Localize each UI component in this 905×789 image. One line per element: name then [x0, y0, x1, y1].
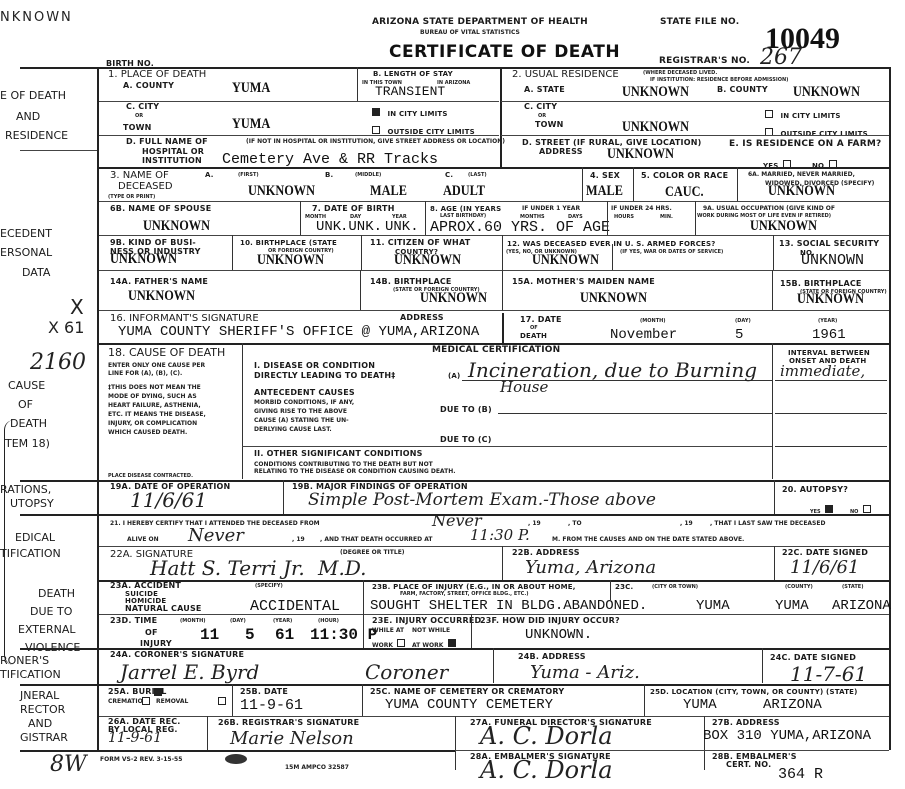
cause-note-2: MODE OF DYING, SUCH AS	[108, 394, 197, 400]
cause-b-line	[498, 413, 772, 414]
divider	[502, 235, 503, 270]
injury-day-label: (DAY)	[230, 618, 246, 624]
informant-address-label: ADDRESS	[400, 314, 444, 322]
injury-occurred-label: 23E. INJURY OCCURRED	[372, 617, 481, 625]
divider	[99, 135, 499, 136]
divider	[357, 67, 358, 101]
due-b-label: DUE TO (B)	[440, 406, 492, 414]
at-work-checkbox[interactable]	[397, 639, 405, 647]
min-label: MIN.	[660, 214, 673, 220]
divider	[99, 235, 889, 236]
dob-month-value: UNK	[316, 219, 341, 235]
cert-line2-c: , AND THAT DEATH OCCURRED AT	[320, 537, 433, 543]
removal-label: REMOVAL	[156, 699, 188, 705]
cause-note-4: ETC. IT MEANS THE DISEASE,	[108, 412, 206, 418]
race-value: CAUC.	[665, 184, 704, 201]
embalmer-signature[interactable]: A. C. Dorla	[480, 756, 613, 784]
injury-loc-county-label: (COUNTY)	[785, 584, 813, 590]
cert-address-label: 22B. ADDRESS	[512, 549, 580, 557]
under24-label: IF UNDER 24 HRS.	[611, 206, 672, 212]
cert-line1-b: , 19	[528, 521, 541, 527]
divider	[362, 684, 363, 716]
cert-line2-a: ALIVE ON	[127, 537, 159, 543]
antecedent-2: GIVING RISE TO THE ABOVE	[254, 409, 347, 415]
part2-label: II. OTHER SIGNIFICANT CONDITIONS	[254, 450, 423, 458]
place-of-death-label: 1. PLACE OF DEATH	[108, 69, 206, 80]
mother-value: UNKNOWN	[580, 290, 647, 307]
spouse-label: 6B. NAME OF SPOUSE	[110, 205, 211, 213]
divider	[363, 614, 364, 648]
sex-label: 4. SEX	[590, 172, 620, 180]
margin-section-decedent-2: ERSONAL	[0, 247, 52, 258]
hospital-value: Cemetery Ave & RR Tracks	[222, 151, 438, 168]
race-label: 5. COLOR OR RACE	[641, 172, 728, 180]
interval-label-1: INTERVAL BETWEEN	[788, 349, 870, 357]
page-title: CERTIFICATE OF DEATH	[389, 42, 620, 62]
father-value: UNKNOWN	[128, 288, 195, 305]
dod-day-label: (DAY)	[735, 318, 751, 324]
date-signed-value[interactable]: 11/6/61	[790, 557, 859, 578]
place-contracted-label: PLACE DISEASE CONTRACTED.	[108, 473, 193, 479]
dod-label-3: DEATH	[520, 332, 547, 340]
specify-label: (SPECIFY)	[255, 583, 283, 589]
director-address: BOX 310 YUMA,ARIZONA	[703, 728, 871, 744]
divider	[361, 235, 362, 270]
cert-line1-d: , 19	[680, 521, 693, 527]
divider	[242, 446, 772, 447]
cause-a-line2-value[interactable]: House	[500, 378, 548, 396]
cause-note-1: ‡THIS DOES NOT MEAN THE	[108, 385, 201, 391]
margin-note-unknown: NKNOWN	[0, 10, 73, 25]
divider	[425, 201, 426, 235]
divider	[772, 343, 773, 479]
divider	[737, 167, 738, 201]
town-label: TOWN	[123, 124, 152, 132]
injury-how-label: 23F. HOW DID INJURY OCCUR?	[480, 617, 620, 625]
margin-section-cause-2: OF	[18, 399, 33, 410]
divider	[99, 201, 889, 202]
injury-type-label-1: 23A. ACCIDENT	[110, 582, 181, 590]
divider	[99, 580, 889, 582]
divider	[762, 648, 763, 683]
res-street-value: UNKNOWN	[607, 146, 674, 163]
divider	[610, 580, 611, 600]
divider	[242, 343, 243, 479]
birthplace-label-1: 10. BIRTHPLACE (STATE	[240, 239, 337, 247]
dob-label: 7. DATE OF BIRTH	[312, 205, 395, 213]
divider	[607, 201, 608, 235]
injury-type-value: ACCIDENTAL	[250, 598, 340, 615]
injury-year-value: 61	[275, 626, 294, 644]
not-at-work-checkbox[interactable]	[448, 639, 456, 647]
margin-mark-x61: X 61	[48, 318, 84, 337]
injury-loc-state: ARIZONA	[832, 598, 891, 614]
department-title: ARIZONA STATE DEPARTMENT OF HEALTH	[372, 18, 588, 26]
registrar-signature[interactable]: Marie Nelson	[230, 728, 354, 749]
antecedent-1: MORBID CONDITIONS, IF ANY,	[254, 400, 354, 406]
cemetery-value: YUMA COUNTY CEMETERY	[385, 697, 553, 713]
divider	[500, 67, 502, 167]
cause-note-5: INJURY, OR COMPLICATION	[108, 421, 197, 427]
mother-label: 15A. MOTHER'S MAIDEN NAME	[512, 278, 655, 286]
margin-code-2160: 2160	[30, 350, 86, 375]
divider	[471, 614, 472, 648]
marital-value: UNKNOWN	[768, 183, 835, 200]
divider	[99, 101, 499, 102]
injury-time-label-1: 23D. TIME	[110, 617, 157, 625]
injury-place-label-2: FARM, FACTORY, STREET, OFFICE BLDG., ETC…	[400, 591, 529, 597]
stay-label: B. LENGTH OF STAY	[373, 70, 453, 78]
dod-year-value: 1961	[812, 327, 846, 343]
margin-section-place-2: AND	[16, 111, 40, 122]
cert-signature[interactable]: Hatt S. Terri Jr.	[150, 556, 305, 580]
cause-instr-2: LINE FOR (A), (B), (C).	[108, 371, 182, 377]
divider	[772, 270, 773, 310]
res-city-value: UNKNOWN	[622, 119, 689, 136]
place-city-value: YUMA	[232, 116, 270, 133]
cremation-checkbox[interactable]	[142, 697, 150, 705]
divider	[773, 235, 774, 270]
autopsy-yes-checkbox[interactable]	[825, 505, 833, 513]
due-c-label: DUE TO (C)	[440, 436, 492, 444]
injury-place-label-1: 23B. PLACE OF INJURY (E.G., IN OR ABOUT …	[372, 583, 576, 591]
cause-note-6: WHICH CAUSED DEATH.	[108, 430, 187, 436]
margin-section-cause-1: CAUSE	[8, 380, 45, 391]
margin-section-violence-2: DUE TO	[30, 606, 72, 617]
margin-bracket	[4, 420, 18, 665]
cause-a-label: (A)	[448, 372, 460, 380]
burial-checkbox[interactable]	[154, 688, 162, 696]
middle-label: (MIDDLE)	[355, 172, 381, 178]
age-value: APROX.60 YRS. OF AGE	[430, 219, 610, 236]
under1-label: IF UNDER 1 YEAR	[522, 206, 580, 212]
res-city-label: C. CITY	[524, 103, 557, 111]
res-state-label: A. STATE	[524, 86, 565, 94]
margin-section-place-1: E OF DEATH	[0, 90, 66, 101]
divider	[774, 480, 775, 514]
res-state-value: UNKNOWN	[622, 84, 689, 101]
divider	[300, 201, 301, 235]
marital-label-1: 6A. MARRIED, NEVER MARRIED,	[748, 172, 855, 178]
injury-loc-city: YUMA	[696, 598, 730, 614]
divider	[232, 235, 233, 270]
divider	[502, 313, 504, 343]
last-c-label: C.	[445, 171, 453, 179]
divider	[582, 167, 583, 201]
injury-hour-label: (HOUR)	[318, 618, 339, 624]
divider	[644, 684, 645, 716]
occupation-value: UNKNOWN	[750, 218, 817, 235]
coroner-address[interactable]: Yuma - Ariz.	[530, 662, 640, 683]
margin-mark-x: X	[70, 295, 84, 319]
dod-month-value: November	[610, 327, 677, 343]
armed-label-3: (IF YES, WAR OR DATES OF SERVICE)	[620, 249, 723, 255]
part1-label-1: I. DISEASE OR CONDITION	[254, 362, 375, 370]
director-address-label: 27B. ADDRESS	[712, 719, 780, 727]
residence-note-1: (WHERE DECEASED LIVED.	[643, 70, 717, 76]
divider	[502, 546, 503, 580]
embalmer-cert-value: 364 R	[778, 766, 823, 783]
divider	[502, 270, 503, 310]
business-value: UNKNOWN	[110, 251, 177, 268]
cert-address[interactable]: Yuma, Arizona	[525, 557, 656, 578]
cert-time-value[interactable]: 11:30 P.	[470, 526, 530, 544]
part1-label-2: DIRECTLY LEADING TO DEATH‡	[254, 372, 396, 380]
registrar-sig-label: 26B. REGISTRAR'S SIGNATURE	[218, 719, 359, 727]
divider	[633, 167, 634, 201]
middle-b-label: B.	[325, 171, 333, 179]
divider	[99, 546, 889, 547]
antecedent-label: ANTECEDENT CAUSES	[254, 389, 355, 397]
dod-year-label: (YEAR)	[818, 318, 837, 324]
res-town-label: TOWN	[535, 121, 564, 129]
burial-date-value: 11-9-61	[240, 697, 303, 714]
dod-day-value: 5	[735, 327, 743, 343]
hospital-note: (IF NOT IN HOSPITAL OR INSTITUTION, GIVE…	[246, 139, 505, 145]
armed-value: UNKNOWN	[532, 252, 599, 269]
injury-day-value: 5	[245, 626, 255, 644]
margin-section-decedent-1: ECEDENT	[0, 228, 52, 239]
outside-city-limits-checkbox[interactable]	[372, 126, 380, 134]
op-findings-value[interactable]: Simple Post-Mortem Exam.-Those above	[308, 490, 656, 510]
spouse-value: UNKNOWN	[143, 218, 210, 235]
divider	[20, 684, 890, 686]
injury-month-value: 11	[200, 626, 219, 644]
father-bp-value: UNKNOWN	[420, 290, 487, 307]
margin-section-coroner-2: TIFICATION	[0, 669, 61, 680]
divider	[99, 167, 889, 169]
printer-code: 15M AMPCO 32587	[285, 765, 349, 771]
autopsy-no-checkbox[interactable]	[863, 505, 871, 513]
coroner-date[interactable]: 11-7-61	[790, 662, 867, 686]
injury-time-label-2: OF	[145, 629, 158, 637]
divider	[774, 546, 775, 580]
res-in-city-limits-checkbox[interactable]	[765, 110, 773, 118]
middle-name-value: MALE	[370, 183, 407, 200]
embalmer-cert-label-2: CERT. NO.	[726, 761, 771, 769]
last-label: (LAST)	[468, 172, 487, 178]
margin-code-8w: 8W	[50, 752, 87, 777]
city-label: C. CITY	[126, 103, 159, 111]
first-label: (FIRST)	[238, 172, 259, 178]
stay-value: TRANSIENT	[375, 84, 445, 99]
injury-loc-county: YUMA	[775, 598, 809, 614]
interval-line-c	[775, 446, 887, 447]
form-number: FORM VS-2 REV. 3-15-55	[100, 757, 182, 763]
sex-value: MALE	[586, 183, 623, 200]
date-signed-label: 22C. DATE SIGNED	[782, 549, 868, 557]
margin-section-medical-1: EDICAL	[15, 532, 55, 543]
dod-label-2: OF	[530, 325, 538, 331]
location-label: 25D. LOCATION (CITY, TOWN, OR COUNTY) (S…	[650, 688, 858, 696]
antecedent-4: DERLYING CAUSE LAST.	[254, 427, 332, 433]
coroner-address-label: 24B. ADDRESS	[518, 653, 586, 661]
location-state: ARIZONA	[763, 697, 822, 713]
res-county-label: B. COUNTY	[717, 86, 768, 94]
first-name-value: UNKNOWN	[248, 183, 315, 200]
divider	[455, 716, 456, 770]
divider	[20, 150, 97, 151]
date-rec-value[interactable]: 11-9-61	[108, 730, 162, 746]
divider	[99, 310, 889, 311]
mother-bp-value: UNKNOWN	[797, 291, 864, 308]
margin-section-violence-1: DEATH	[38, 588, 75, 599]
res-in-city-limits-option[interactable]: IN CITY LIMITS	[765, 105, 841, 123]
cert-line1-c: , TO	[568, 521, 582, 527]
divider	[207, 716, 208, 750]
injury-month-label: (MONTH)	[180, 618, 206, 624]
divider	[612, 244, 613, 270]
residence-note-2: IF INSTITUTION: RESIDENCE BEFORE ADMISSI…	[650, 77, 788, 83]
interval-line-a	[775, 380, 887, 381]
in-city-limits-checkbox[interactable]	[372, 108, 380, 116]
cert-line1-e: , THAT I LAST SAW THE DECEASED	[710, 521, 825, 527]
injury-type-label-4: NATURAL CAUSE	[125, 605, 202, 613]
op-date-value[interactable]: 11/6/61	[130, 488, 207, 512]
injury-how-value: UNKNOWN.	[525, 627, 592, 643]
hours-label: HOURS	[614, 214, 634, 220]
name-label-1: 3. NAME OF	[110, 170, 169, 181]
margin-section-place-3: RESIDENCE	[5, 130, 68, 141]
margin-section-funeral-1: JNERAL	[20, 690, 59, 701]
coroner-date-label: 24C. DATE SIGNED	[770, 654, 856, 662]
divider	[99, 270, 889, 271]
last-name-value: ADULT	[443, 183, 485, 200]
antecedent-3: CAUSE (A) STATING THE UN-	[254, 418, 349, 424]
burial-date-label: 25B. DATE	[240, 688, 288, 696]
citizen-label-1: 11. CITIZEN OF WHAT	[370, 239, 470, 247]
dob-year-value: UNK.	[385, 219, 419, 235]
dod-label-1: 17. DATE	[520, 316, 562, 324]
union-label-icon	[225, 754, 247, 764]
mother-bp-label-1: 15B. BIRTHPLACE	[780, 280, 862, 288]
ssn-value: UNKNOWN	[801, 252, 864, 269]
injury-year-label: (YEAR)	[273, 618, 292, 624]
removal-checkbox[interactable]	[218, 697, 226, 705]
cert-degree[interactable]: M.D.	[318, 556, 367, 580]
injury-loc-city-label: (CITY OR TOWN)	[652, 584, 698, 590]
dod-month-label: (MONTH)	[640, 318, 666, 324]
cert-alive-on-value[interactable]: Never	[188, 525, 244, 546]
cert-line2-b: , 19	[292, 537, 305, 543]
occupation-label-1: 9A. USUAL OCCUPATION (GIVE KIND OF	[703, 206, 835, 212]
divider	[99, 614, 889, 615]
usual-residence-label: 2. USUAL RESIDENCE	[512, 69, 619, 80]
hospital-label-1: D. FULL NAME OF	[126, 138, 208, 146]
margin-section-violence-3: EXTERNAL	[18, 624, 76, 635]
injury-loc-state-label: (STATE)	[842, 584, 864, 590]
director-signature[interactable]: A. C. Dorla	[480, 722, 613, 750]
outside-city-limits-option[interactable]: OUTSIDE CITY LIMITS	[372, 121, 475, 139]
ssn-label-1: 13. SOCIAL SECURITY	[779, 240, 879, 248]
interval-a-value[interactable]: immediate,	[780, 362, 865, 380]
interval-line-b	[775, 413, 887, 414]
margin-section-decedent-3: DATA	[22, 267, 50, 278]
injury-loc-label: 23C.	[615, 583, 633, 591]
city-or-label: OR	[135, 113, 143, 119]
cause-label: 18. CAUSE OF DEATH	[108, 347, 225, 358]
cert-line2-d: M. FROM THE CAUSES AND ON THE DATE STATE…	[552, 537, 744, 543]
name-label-3: (TYPE OR PRINT)	[108, 194, 155, 200]
dob-day-value: .UNK.	[340, 219, 382, 235]
res-address-label: ADDRESS	[539, 148, 583, 156]
divider	[493, 648, 494, 683]
res-county-value: UNKNOWN	[793, 84, 860, 101]
coroner-sig-label: 24A. CORONER'S SIGNATURE	[110, 651, 244, 659]
place-county-value: YUMA	[232, 80, 270, 97]
divider	[501, 101, 889, 102]
coroner-title[interactable]: Coroner	[365, 660, 448, 684]
birthplace-value: UNKNOWN	[257, 252, 324, 269]
informant-label: 16. INFORMANT'S SIGNATURE	[110, 313, 259, 324]
divider	[360, 270, 361, 310]
in-city-limits-option[interactable]: IN CITY LIMITS	[372, 103, 448, 121]
divider	[695, 201, 696, 235]
res-city-or: OR	[538, 113, 546, 119]
margin-section-funeral-2: RECTOR	[20, 704, 65, 715]
margin-section-funeral-4: GISTRAR	[20, 732, 68, 743]
divider	[363, 580, 364, 614]
margin-section-funeral-3: AND	[28, 718, 52, 729]
age-label-1: 8. AGE (IN YEARS	[430, 205, 501, 213]
divider	[232, 684, 233, 716]
name-label-2: DECEASED	[118, 181, 173, 192]
medical-cert-label: MEDICAL CERTIFICATION	[432, 346, 560, 354]
divider	[283, 480, 284, 514]
autopsy-label: 20. AUTOPSY?	[782, 486, 848, 494]
divider	[455, 750, 889, 751]
registrar-no-label: REGISTRAR'S NO.	[659, 57, 750, 65]
informant-value: YUMA COUNTY SHERIFF'S OFFICE @ YUMA,ARIZ…	[118, 324, 479, 340]
injury-place-value: SOUGHT SHELTER IN BLDG.ABANDONED.	[370, 598, 647, 614]
father-bp-label-1: 14B. BIRTHPLACE	[370, 278, 452, 286]
citizen-value: UNKNOWN	[394, 252, 461, 269]
farm-label: E. IS RESIDENCE ON A FARM?	[729, 140, 881, 148]
hospital-label-2: HOSPITAL OR	[142, 148, 204, 156]
cause-note-3: HEART FAILURE, ASTHENIA,	[108, 403, 201, 409]
cause-instr-1: ENTER ONLY ONE CAUSE PER	[108, 363, 205, 369]
business-label-1: 9B. KIND OF BUSI-	[110, 239, 196, 247]
divider	[501, 135, 889, 136]
father-label: 14A. FATHER'S NAME	[110, 278, 208, 286]
bureau-title: BUREAU OF VITAL STATISTICS	[420, 30, 520, 36]
coroner-signature[interactable]: Jarrel E. Byrd	[120, 660, 259, 684]
injury-hour-value: 11:30 P	[310, 626, 377, 644]
location-city: YUMA	[683, 697, 717, 713]
first-a-label: A.	[205, 171, 214, 179]
divider	[99, 716, 889, 717]
cemetery-label: 25C. NAME OF CEMETERY OR CREMATORY	[370, 688, 564, 696]
hospital-label-3: INSTITUTION	[142, 157, 202, 165]
county-label: A. COUNTY	[123, 82, 174, 90]
part2-note-2: RELATING TO THE DISEASE OR CONDITION CAU…	[254, 469, 456, 475]
state-file-label: STATE FILE NO.	[660, 18, 739, 26]
injury-time-label-3: INJURY	[140, 640, 172, 648]
